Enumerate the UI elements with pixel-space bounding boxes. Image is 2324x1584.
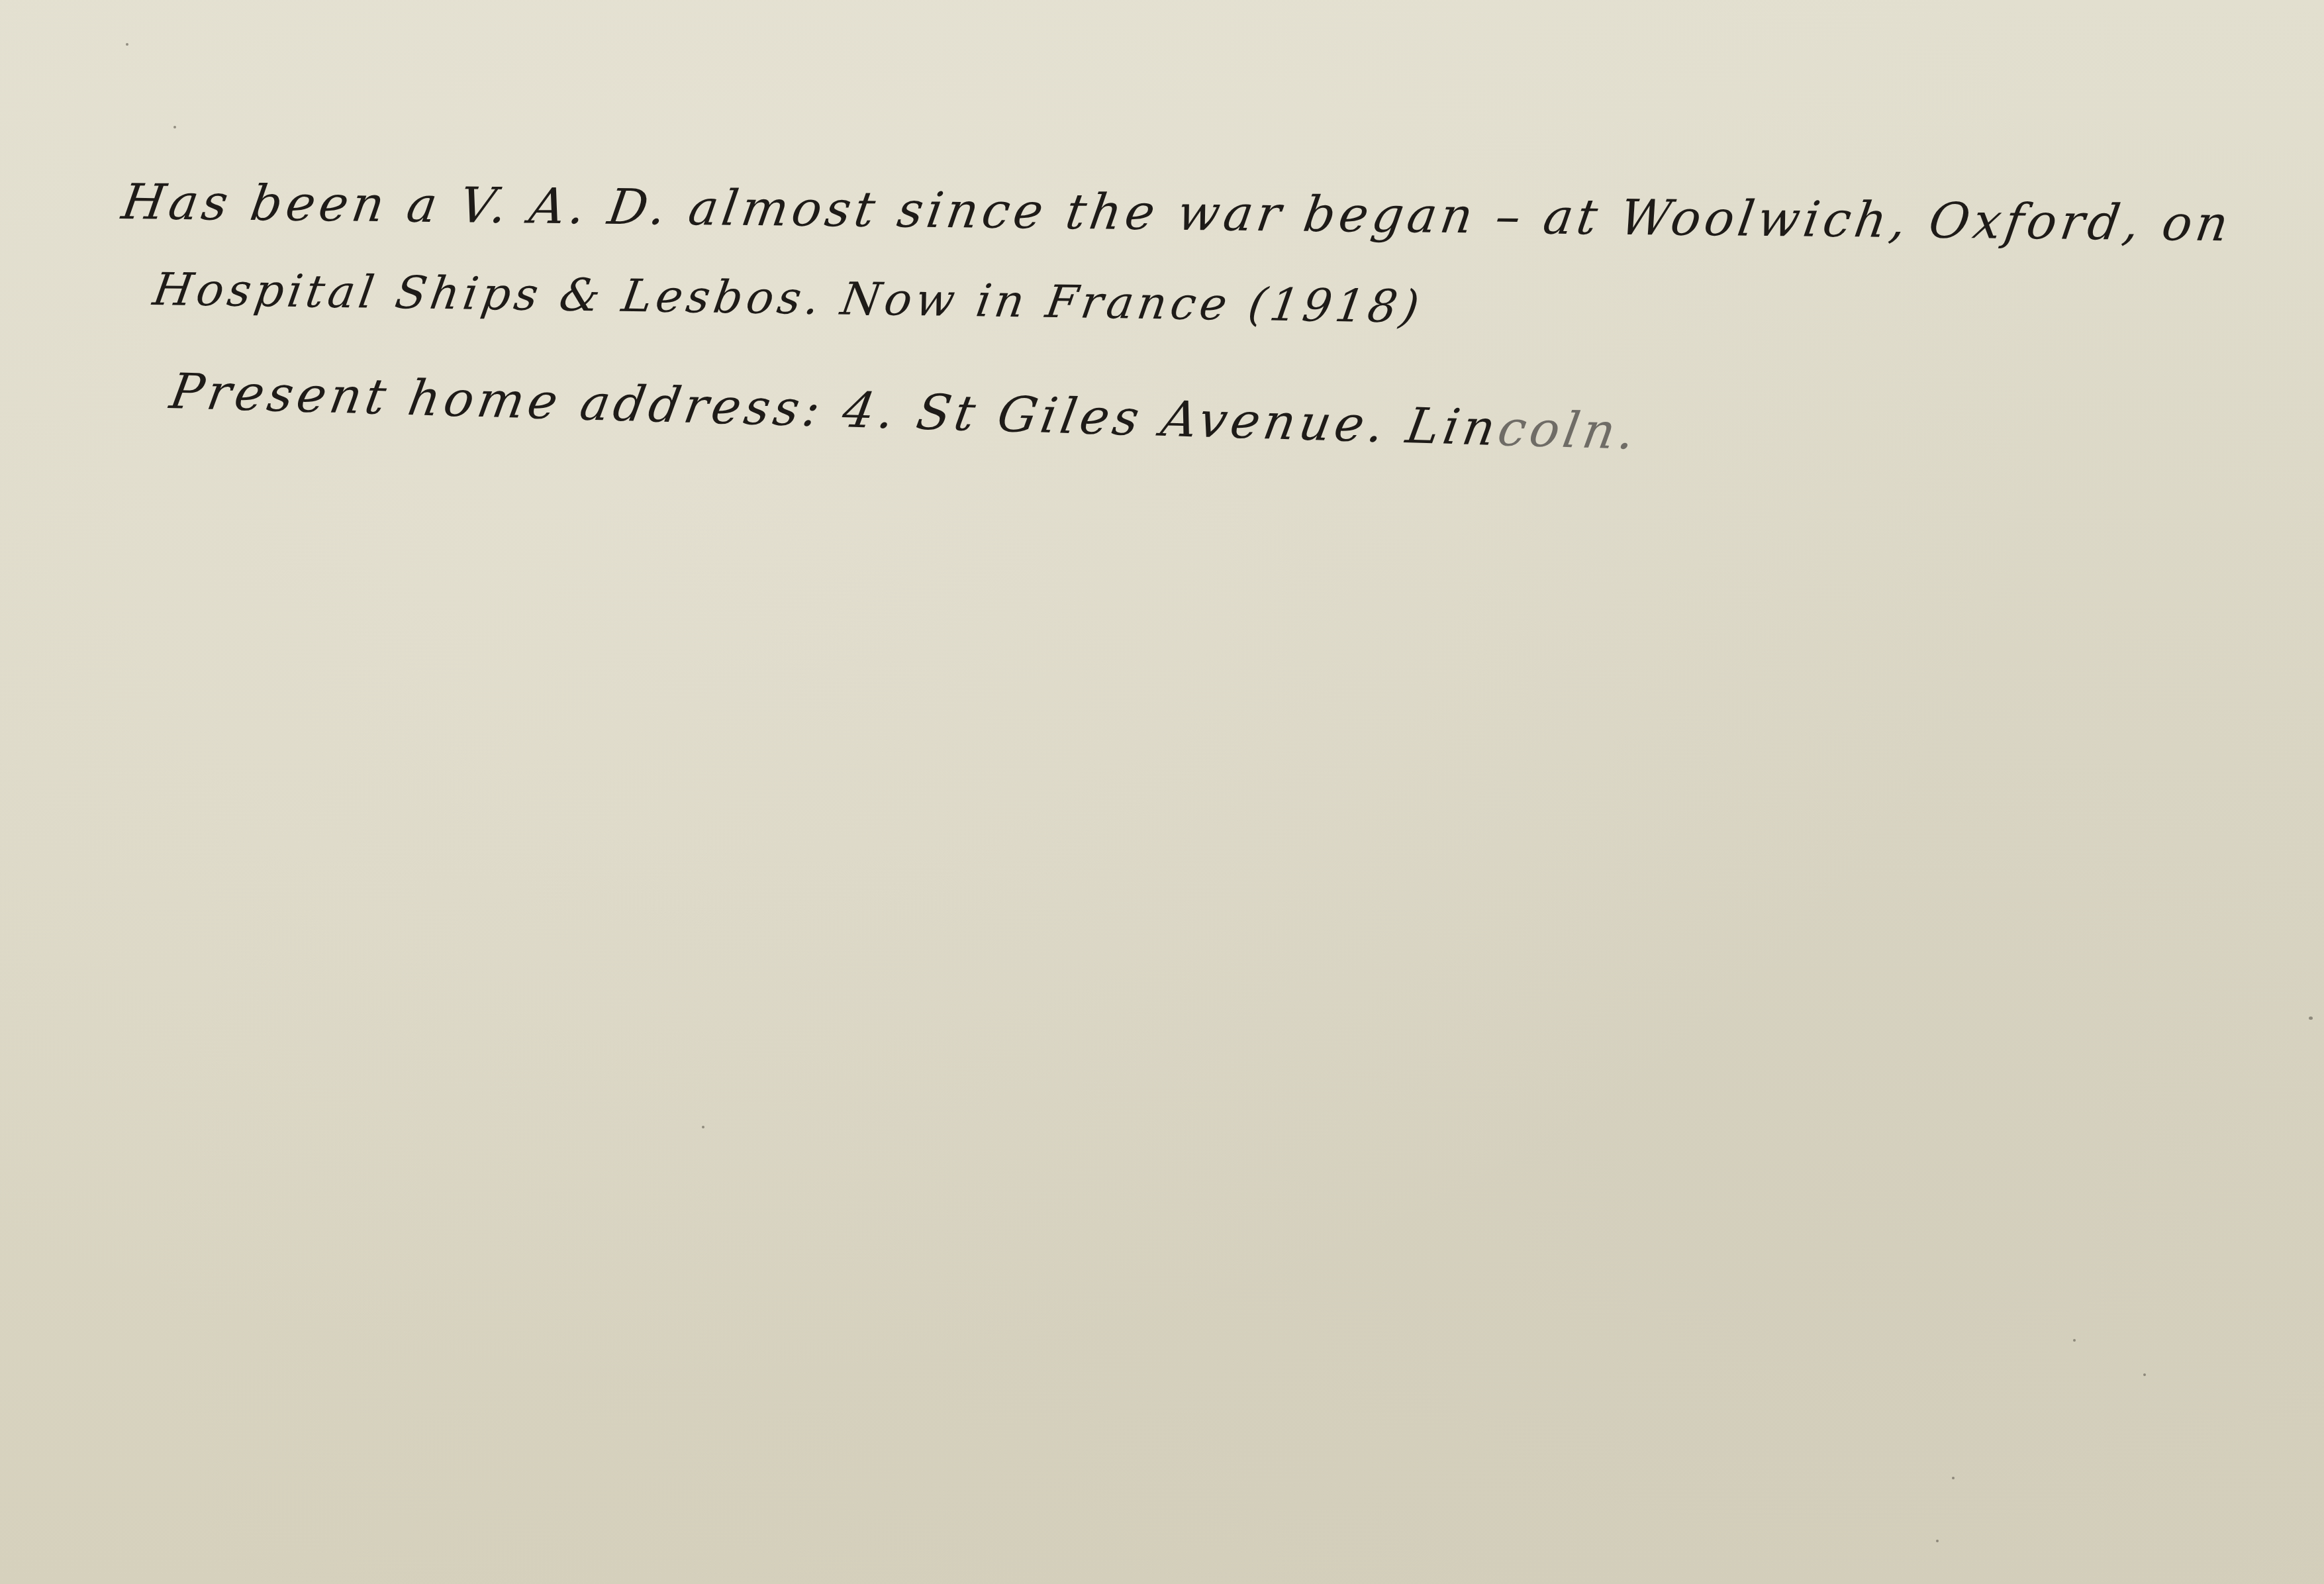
address-text: Present home address: 4. St Giles Avenue…	[166, 363, 1504, 457]
handwritten-line-locations: Hospital Ships & Lesbos. Now in France (…	[150, 264, 1426, 334]
handwritten-line-address: Present home address: 4. St Giles Avenue…	[166, 363, 1643, 461]
handwritten-line-service: Has been a V. A. D. almost since the war…	[119, 173, 2236, 252]
paper-speck	[2309, 1016, 2313, 1020]
paper-speck	[173, 126, 176, 128]
address-text-faded: coln.	[1494, 400, 1643, 461]
paper-speck	[126, 43, 128, 46]
document-page: Has been a V. A. D. almost since the war…	[0, 0, 2324, 1584]
paper-speck	[2073, 1339, 2076, 1342]
paper-speck	[1952, 1477, 1955, 1479]
paper-speck	[702, 1126, 704, 1128]
paper-speck	[2143, 1373, 2146, 1376]
paper-speck	[1936, 1540, 1939, 1542]
